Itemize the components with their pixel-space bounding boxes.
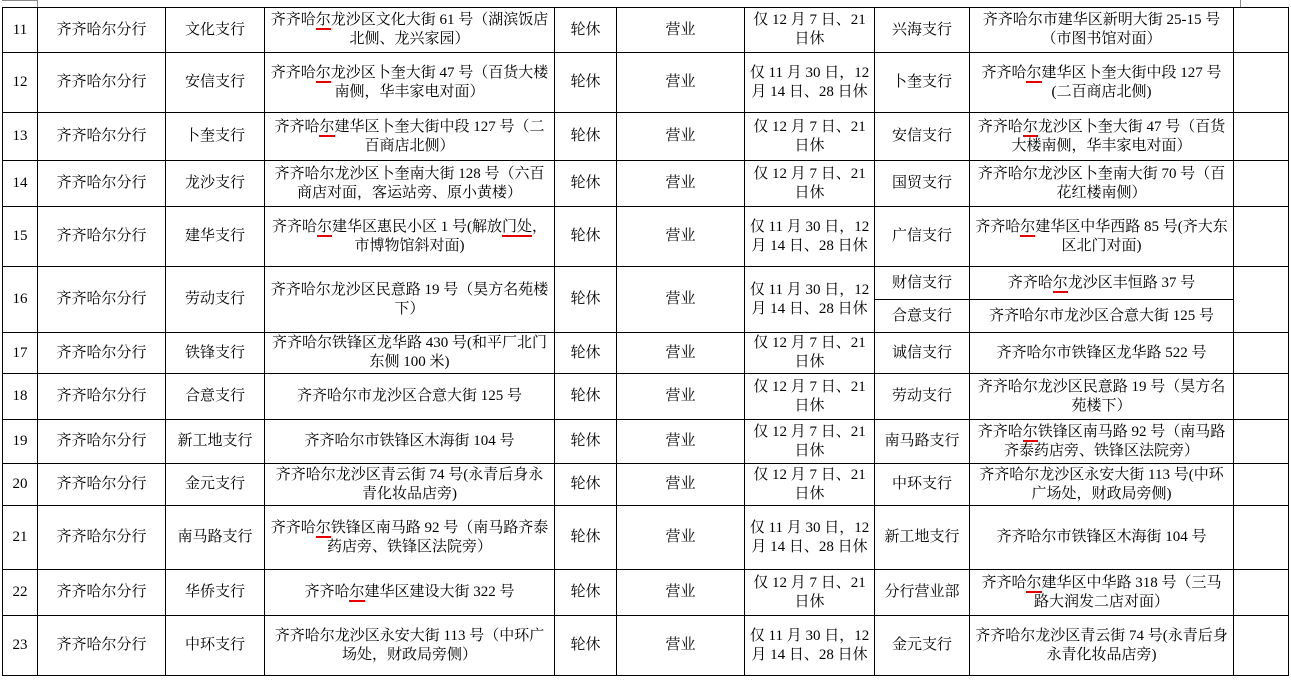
address-cell: 齐齐哈尔龙沙区民意路 19 号（昊方名苑楼下） xyxy=(265,267,555,333)
cropped-row-edge-line xyxy=(2,0,37,1)
alt-branch-cell: 分行营业部 xyxy=(875,570,970,616)
duty-status-cell: 轮休 xyxy=(555,420,617,464)
proofing-mark: 尔 xyxy=(1023,424,1038,442)
sub-branch-cell: 文化支行 xyxy=(166,8,265,53)
address-cell: 齐齐哈尔龙沙区青云街 74 号(永青后身永青化妆品店旁) xyxy=(265,464,555,506)
empty-cell xyxy=(1234,333,1289,374)
business-status-cell: 营业 xyxy=(617,616,745,676)
proofing-mark: 尔 xyxy=(349,584,364,602)
alt-branch-cell: 诚信支行 xyxy=(875,333,970,374)
proofing-mark: 尔 xyxy=(317,219,332,237)
duty-status-cell: 轮休 xyxy=(555,333,617,374)
proofing-mark: 尔 xyxy=(1026,65,1041,83)
alt-branch-cell: 财信支行 xyxy=(875,267,970,300)
row-number-cell: 11 xyxy=(3,8,38,53)
alt-address-cell: 齐齐哈尔建华区中华西路 85 号(齐大东区北门对面) xyxy=(970,207,1234,267)
row-number-cell: 18 xyxy=(3,374,38,420)
sub-branch-cell: 卜奎支行 xyxy=(166,113,265,161)
business-status-cell: 营业 xyxy=(617,161,745,207)
duty-status-cell: 轮休 xyxy=(555,207,617,267)
row-number-cell: 17 xyxy=(3,333,38,374)
rest-days-cell: 仅 11 月 30 日，12 月 14 日、28 日休 xyxy=(745,267,875,333)
empty-cell xyxy=(1234,374,1289,420)
business-status-cell: 营业 xyxy=(617,267,745,333)
branch-cell: 齐齐哈尔分行 xyxy=(38,420,166,464)
rest-days-cell: 仅 11 月 30 日，12 月 14 日、28 日休 xyxy=(745,506,875,570)
alt-branch-cell: 合意支行 xyxy=(875,300,970,333)
address-cell: 齐齐哈尔建华区卜奎大街中段 127 号（二百商店北侧） xyxy=(265,113,555,161)
sub-branch-cell: 劳动支行 xyxy=(166,267,265,333)
empty-cell xyxy=(1234,8,1289,53)
row-number-cell: 16 xyxy=(3,267,38,333)
duty-status-cell: 轮休 xyxy=(555,506,617,570)
table-row: 19齐齐哈尔分行新工地支行齐齐哈尔市铁锋区木海街 104 号轮休营业仅 12 月… xyxy=(3,420,1289,464)
alt-address-cell: 齐齐哈尔龙沙区丰恒路 37 号 xyxy=(970,267,1234,300)
business-status-cell: 营业 xyxy=(617,8,745,53)
proofing-mark: 尔 xyxy=(316,65,331,83)
proofing-mark: 尔 xyxy=(316,520,331,538)
rest-days-cell: 仅 12 月 7 日、21 日休 xyxy=(745,333,875,374)
branch-cell: 齐齐哈尔分行 xyxy=(38,8,166,53)
row-number-cell: 13 xyxy=(3,113,38,161)
business-status-cell: 营业 xyxy=(617,374,745,420)
branch-cell: 齐齐哈尔分行 xyxy=(38,53,166,113)
table-row: 23齐齐哈尔分行中环支行齐齐哈尔龙沙区永安大街 113 号（中环广场处，财政局旁… xyxy=(3,616,1289,676)
empty-cell xyxy=(1234,570,1289,616)
address-cell: 齐齐哈尔建华区建设大街 322 号 xyxy=(265,570,555,616)
table-row: 11齐齐哈尔分行文化支行齐齐哈尔龙沙区文化大街 61 号（湖滨饭店北侧、龙兴家园… xyxy=(3,8,1289,53)
rest-days-cell: 仅 11 月 30 日，12 月 14 日、28 日休 xyxy=(745,616,875,676)
proofing-mark: 尔 xyxy=(1026,575,1041,593)
branch-cell: 齐齐哈尔分行 xyxy=(38,616,166,676)
sub-branch-cell: 合意支行 xyxy=(166,374,265,420)
document-page: { "colors": { "background": "#ffffff", "… xyxy=(0,0,1291,689)
rest-days-cell: 仅 11 月 30 日，12 月 14 日、28 日休 xyxy=(745,53,875,113)
duty-status-cell: 轮休 xyxy=(555,570,617,616)
duty-status-cell: 轮休 xyxy=(555,161,617,207)
table-row: 22齐齐哈尔分行华侨支行齐齐哈尔建华区建设大街 322 号轮休营业仅 12 月 … xyxy=(3,570,1289,616)
row-number-cell: 22 xyxy=(3,570,38,616)
rest-days-cell: 仅 12 月 7 日、21 日休 xyxy=(745,113,875,161)
table-row: 21齐齐哈尔分行南马路支行齐齐哈尔铁锋区南马路 92 号（南马路齐泰药店旁、铁锋… xyxy=(3,506,1289,570)
sub-branch-cell: 龙沙支行 xyxy=(166,161,265,207)
rest-days-cell: 仅 12 月 7 日、21 日休 xyxy=(745,8,875,53)
alt-address-cell: 齐齐哈尔龙沙区卜奎大街 47 号（百货大楼南侧，华丰家电对面） xyxy=(970,113,1234,161)
row-number-cell: 23 xyxy=(3,616,38,676)
sub-branch-cell: 新工地支行 xyxy=(166,420,265,464)
row-number-cell: 21 xyxy=(3,506,38,570)
alt-branch-cell: 兴海支行 xyxy=(875,8,970,53)
rest-days-cell: 仅 12 月 7 日、21 日休 xyxy=(745,420,875,464)
branch-cell: 齐齐哈尔分行 xyxy=(38,267,166,333)
branch-cell: 齐齐哈尔分行 xyxy=(38,207,166,267)
empty-cell xyxy=(1234,267,1289,333)
duty-status-cell: 轮休 xyxy=(555,8,617,53)
duty-status-cell: 轮休 xyxy=(555,616,617,676)
alt-address-cell: 齐齐哈尔龙沙区民意路 19 号（昊方名苑楼下） xyxy=(970,374,1234,420)
duty-status-cell: 轮休 xyxy=(555,374,617,420)
sub-branch-cell: 铁锋支行 xyxy=(166,333,265,374)
address-cell: 齐齐哈尔铁锋区南马路 92 号（南马路齐泰药店旁、铁锋区法院旁） xyxy=(265,506,555,570)
table-row: 15齐齐哈尔分行建华支行齐齐哈尔建华区惠民小区 1 号(解放门处，市博物馆斜对面… xyxy=(3,207,1289,267)
address-cell: 齐齐哈尔铁锋区龙华路 430 号(和平厂北门东侧 100 米) xyxy=(265,333,555,374)
branch-cell: 齐齐哈尔分行 xyxy=(38,333,166,374)
empty-cell xyxy=(1234,161,1289,207)
alt-branch-cell: 劳动支行 xyxy=(875,374,970,420)
cropped-row-edge-stub xyxy=(37,0,38,7)
row-number-cell: 20 xyxy=(3,464,38,506)
duty-status-cell: 轮休 xyxy=(555,464,617,506)
empty-cell xyxy=(1234,207,1289,267)
rest-days-cell: 仅 12 月 7 日、21 日休 xyxy=(745,464,875,506)
alt-branch-cell: 南马路支行 xyxy=(875,420,970,464)
business-status-cell: 营业 xyxy=(617,333,745,374)
rest-days-cell: 仅 12 月 7 日、21 日休 xyxy=(745,161,875,207)
empty-cell xyxy=(1234,53,1289,113)
table-row: 20齐齐哈尔分行金元支行齐齐哈尔龙沙区青云街 74 号(永青后身永青化妆品店旁)… xyxy=(3,464,1289,506)
alt-address-cell: 齐齐哈尔建华区中华路 318 号（三马路大润发二店对面） xyxy=(970,570,1234,616)
proofing-mark: 尔 xyxy=(319,119,334,137)
branch-cell: 齐齐哈尔分行 xyxy=(38,464,166,506)
business-status-cell: 营业 xyxy=(617,420,745,464)
alt-address-cell: 齐齐哈尔市龙沙区合意大街 125 号 xyxy=(970,300,1234,333)
table-row: 14齐齐哈尔分行龙沙支行齐齐哈尔龙沙区卜奎南大街 128 号（六百商店对面，客运… xyxy=(3,161,1289,207)
business-status-cell: 营业 xyxy=(617,53,745,113)
rest-days-cell: 仅 11 月 30 日，12 月 14 日、28 日休 xyxy=(745,207,875,267)
business-status-cell: 营业 xyxy=(617,113,745,161)
sub-branch-cell: 金元支行 xyxy=(166,464,265,506)
branch-schedule-table: 11齐齐哈尔分行文化支行齐齐哈尔龙沙区文化大街 61 号（湖滨饭店北侧、龙兴家园… xyxy=(2,7,1289,676)
alt-address-cell: 齐齐哈尔龙沙区青云街 74 号(永青后身永青化妆品店旁) xyxy=(970,616,1234,676)
branch-cell: 齐齐哈尔分行 xyxy=(38,570,166,616)
alt-branch-cell: 金元支行 xyxy=(875,616,970,676)
business-status-cell: 营业 xyxy=(617,464,745,506)
empty-cell xyxy=(1234,506,1289,570)
sub-branch-cell: 安信支行 xyxy=(166,53,265,113)
table-row: 18齐齐哈尔分行合意支行齐齐哈尔市龙沙区合意大街 125 号轮休营业仅 12 月… xyxy=(3,374,1289,420)
branch-cell: 齐齐哈尔分行 xyxy=(38,113,166,161)
empty-cell xyxy=(1234,464,1289,506)
address-cell: 齐齐哈尔建华区惠民小区 1 号(解放门处，市博物馆斜对面) xyxy=(265,207,555,267)
empty-cell xyxy=(1234,616,1289,676)
branch-cell: 齐齐哈尔分行 xyxy=(38,374,166,420)
empty-cell xyxy=(1234,113,1289,161)
alt-address-cell: 齐齐哈尔铁锋区南马路 92 号（南马路齐泰药店旁、铁锋区法院旁） xyxy=(970,420,1234,464)
alt-address-cell: 齐齐哈尔市建华区新明大街 25-15 号（市图书馆对面） xyxy=(970,8,1234,53)
alt-branch-cell: 卜奎支行 xyxy=(875,53,970,113)
sub-branch-cell: 建华支行 xyxy=(166,207,265,267)
proofing-mark: 尔 xyxy=(1053,275,1068,293)
row-number-cell: 15 xyxy=(3,207,38,267)
alt-branch-cell: 国贸支行 xyxy=(875,161,970,207)
address-cell: 齐齐哈尔龙沙区卜奎大街 47 号（百货大楼南侧，华丰家电对面） xyxy=(265,53,555,113)
table-row: 12齐齐哈尔分行安信支行齐齐哈尔龙沙区卜奎大街 47 号（百货大楼南侧，华丰家电… xyxy=(3,53,1289,113)
rest-days-cell: 仅 12 月 7 日、21 日休 xyxy=(745,570,875,616)
alt-address-cell: 齐齐哈尔建华区卜奎大街中段 127 号(二百商店北侧) xyxy=(970,53,1234,113)
cropped-row-edge-stub xyxy=(1240,0,1241,7)
row-number-cell: 14 xyxy=(3,161,38,207)
row-number-cell: 12 xyxy=(3,53,38,113)
sub-branch-cell: 中环支行 xyxy=(166,616,265,676)
duty-status-cell: 轮休 xyxy=(555,53,617,113)
duty-status-cell: 轮休 xyxy=(555,267,617,333)
table-body: 11齐齐哈尔分行文化支行齐齐哈尔龙沙区文化大街 61 号（湖滨饭店北侧、龙兴家园… xyxy=(3,8,1289,676)
proofing-mark: 尔 xyxy=(1023,119,1038,137)
table-row: 13齐齐哈尔分行卜奎支行齐齐哈尔建华区卜奎大街中段 127 号（二百商店北侧）轮… xyxy=(3,113,1289,161)
table-row: 17齐齐哈尔分行铁锋支行齐齐哈尔铁锋区龙华路 430 号(和平厂北门东侧 100… xyxy=(3,333,1289,374)
sub-branch-cell: 华侨支行 xyxy=(166,570,265,616)
business-status-cell: 营业 xyxy=(617,506,745,570)
address-cell: 齐齐哈尔龙沙区文化大街 61 号（湖滨饭店北侧、龙兴家园） xyxy=(265,8,555,53)
address-cell: 齐齐哈尔龙沙区永安大街 113 号（中环广场处，财政局旁侧） xyxy=(265,616,555,676)
alt-address-cell: 齐齐哈尔市铁锋区木海街 104 号 xyxy=(970,506,1234,570)
duty-status-cell: 轮休 xyxy=(555,113,617,161)
branch-cell: 齐齐哈尔分行 xyxy=(38,506,166,570)
proofing-mark: 门 xyxy=(502,219,517,237)
proofing-mark: 尔 xyxy=(1020,219,1035,237)
alt-address-cell: 齐齐哈尔龙沙区永安大街 113 号(中环广场处，财政局旁侧) xyxy=(970,464,1234,506)
row-number-cell: 19 xyxy=(3,420,38,464)
alt-address-cell: 齐齐哈尔龙沙区卜奎南大街 70 号（百花红楼南侧） xyxy=(970,161,1234,207)
proofing-mark: 尔 xyxy=(316,12,331,30)
alt-branch-cell: 新工地支行 xyxy=(875,506,970,570)
address-cell: 齐齐哈尔市龙沙区合意大街 125 号 xyxy=(265,374,555,420)
alt-branch-cell: 安信支行 xyxy=(875,113,970,161)
branch-cell: 齐齐哈尔分行 xyxy=(38,161,166,207)
business-status-cell: 营业 xyxy=(617,207,745,267)
address-cell: 齐齐哈尔龙沙区卜奎南大街 128 号（六百商店对面，客运站旁、原小黄楼） xyxy=(265,161,555,207)
rest-days-cell: 仅 12 月 7 日、21 日休 xyxy=(745,374,875,420)
business-status-cell: 营业 xyxy=(617,570,745,616)
sub-branch-cell: 南马路支行 xyxy=(166,506,265,570)
proofing-mark: 处 xyxy=(517,219,532,237)
alt-branch-cell: 广信支行 xyxy=(875,207,970,267)
table-row: 16齐齐哈尔分行劳动支行齐齐哈尔龙沙区民意路 19 号（昊方名苑楼下）轮休营业仅… xyxy=(3,267,1289,300)
alt-address-cell: 齐齐哈尔市铁锋区龙华路 522 号 xyxy=(970,333,1234,374)
alt-branch-cell: 中环支行 xyxy=(875,464,970,506)
address-cell: 齐齐哈尔市铁锋区木海街 104 号 xyxy=(265,420,555,464)
empty-cell xyxy=(1234,420,1289,464)
